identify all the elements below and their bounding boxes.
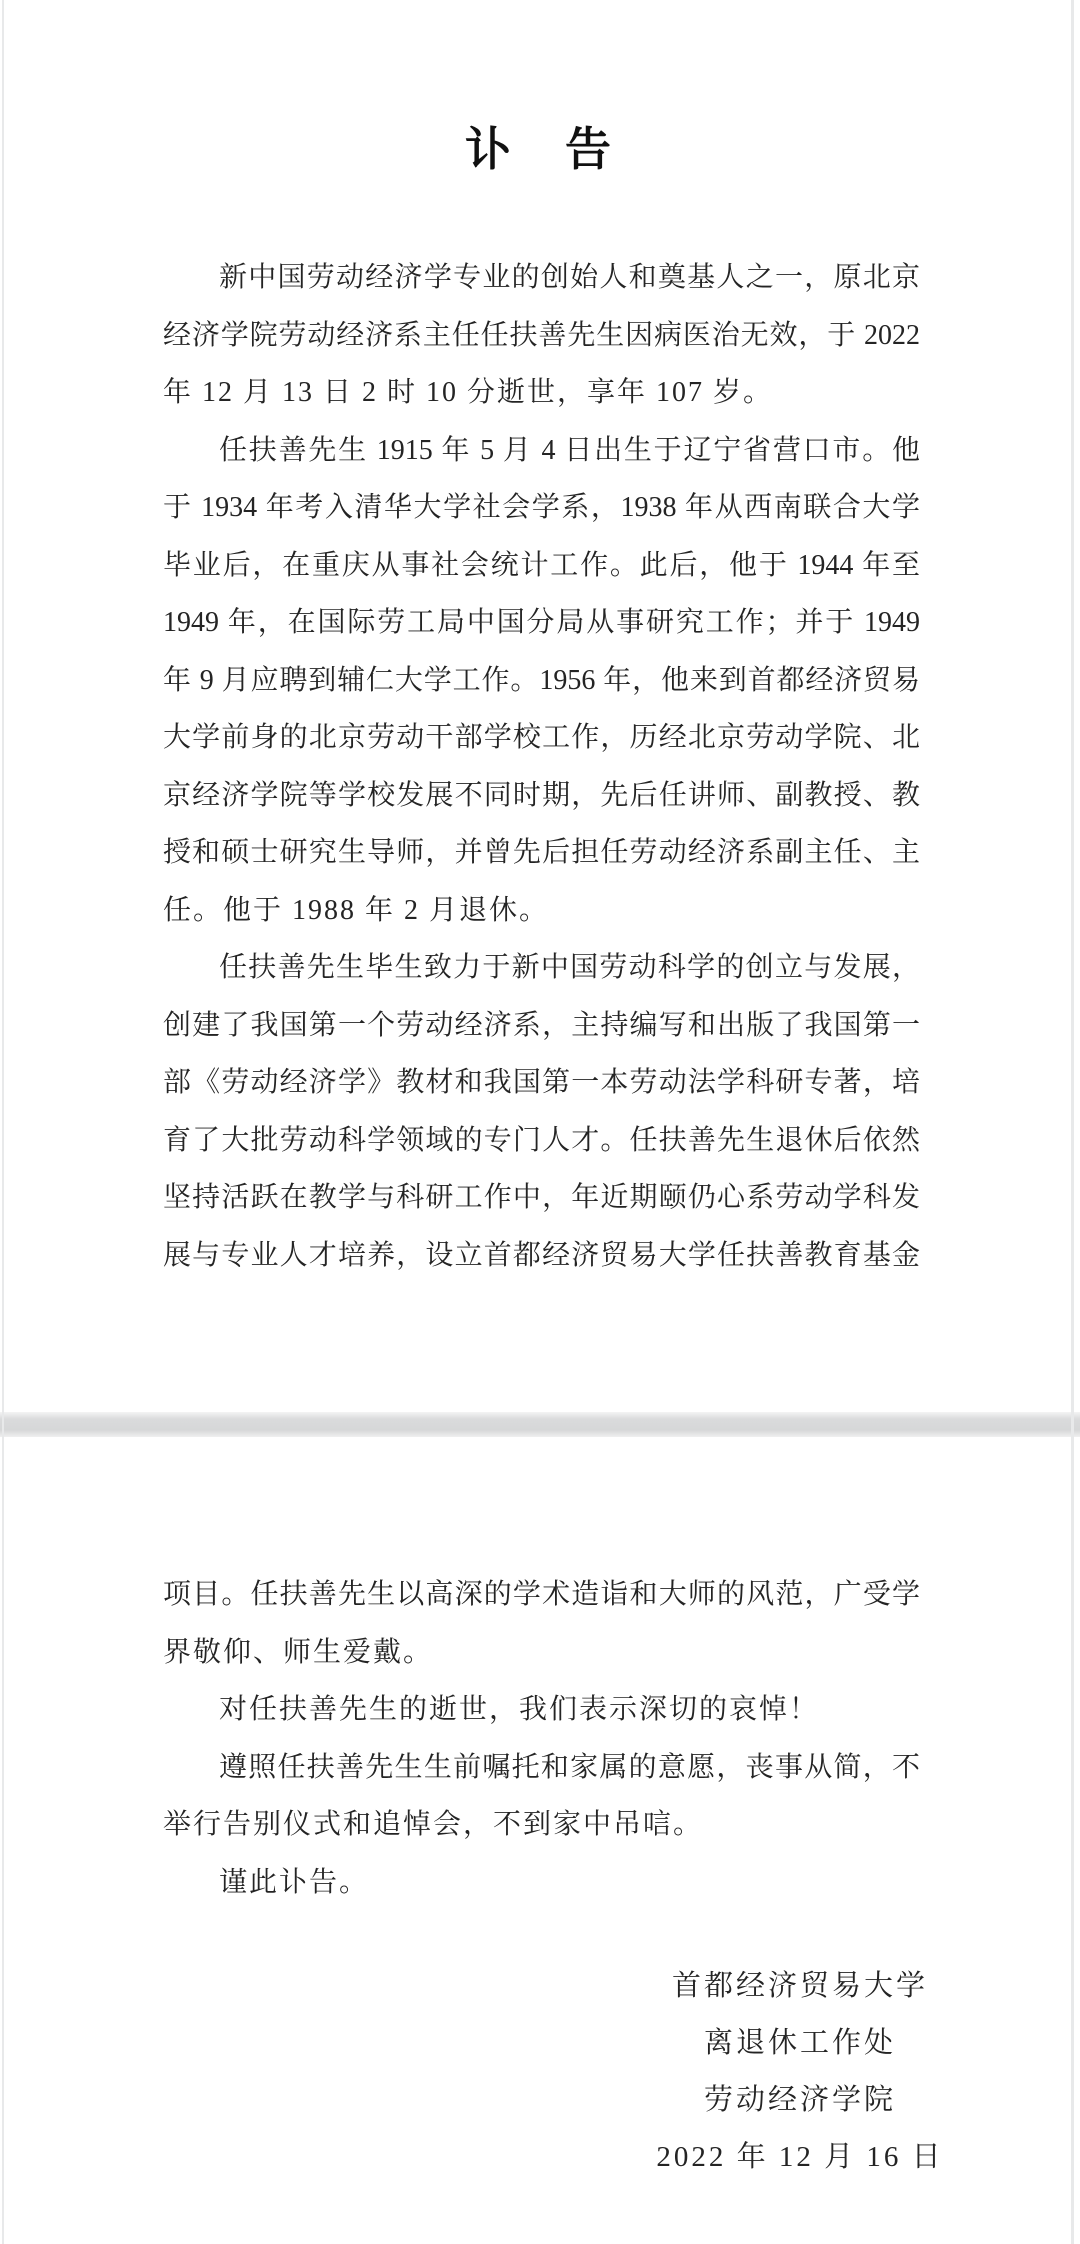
text-line: 经济学院劳动经济系主任任扶善先生因病医治无效，于 2022 — [163, 307, 920, 365]
text-line: 任扶善先生毕生致力于新中国劳动科学的创立与发展， — [163, 939, 920, 997]
text-line: 1949 年，在国际劳工局中国分局从事研究工作；并于 1949 — [163, 594, 920, 652]
body-text-page-2: 项目。任扶善先生以高深的学术造诣和大师的风范，广受学界敬仰、师生爱戴。对任扶善先… — [163, 1566, 920, 1911]
text-line: 谨此讣告。 — [163, 1854, 920, 1912]
page-1: 讣 告 新中国劳动经济学专业的创始人和奠基人之一，原北京经济学院劳动经济系主任任… — [0, 0, 1080, 1412]
text-line: 展与专业人才培养，设立首都经济贸易大学任扶善教育基金 — [163, 1227, 920, 1285]
text-line: 对任扶善先生的逝世，我们表示深切的哀悼！ — [163, 1681, 920, 1739]
page-edge-left — [2, 0, 4, 2244]
text-line: 年 9 月应聘到辅仁大学工作。1956 年，他来到首都经济贸易 — [163, 652, 920, 710]
text-line: 界敬仰、师生爱戴。 — [163, 1624, 920, 1682]
body-text-page-1: 新中国劳动经济学专业的创始人和奠基人之一，原北京经济学院劳动经济系主任任扶善先生… — [163, 249, 920, 1284]
text-line: 于 1934 年考入清华大学社会学系，1938 年从西南联合大学 — [163, 479, 920, 537]
page-gap-divider — [0, 1412, 1080, 1437]
text-line: 任。他于 1988 年 2 月退休。 — [163, 882, 920, 940]
text-line: 项目。任扶善先生以高深的学术造诣和大师的风范，广受学 — [163, 1566, 920, 1624]
text-line: 育了大批劳动科学领域的专门人才。任扶善先生退休后依然 — [163, 1112, 920, 1170]
signature-school: 劳动经济学院 — [620, 2072, 980, 2129]
text-line: 遵照任扶善先生生前嘱托和家属的意愿，丧事从简，不 — [163, 1739, 920, 1797]
signature-date: 2022 年 12 月 16 日 — [620, 2129, 980, 2186]
text-line: 创建了我国第一个劳动经济系，主持编写和出版了我国第一 — [163, 997, 920, 1055]
page-edge-right — [1071, 0, 1074, 2244]
text-line: 京经济学院等学校发展不同时期，先后任讲师、副教授、教 — [163, 767, 920, 825]
text-line: 年 12 月 13 日 2 时 10 分逝世，享年 107 岁。 — [163, 364, 920, 422]
document-viewer: 讣 告 新中国劳动经济学专业的创始人和奠基人之一，原北京经济学院劳动经济系主任任… — [0, 0, 1080, 2244]
document-title: 讣 告 — [0, 122, 1080, 178]
signature-university: 首都经济贸易大学 — [620, 1958, 980, 2015]
signature-retirement-office: 离退休工作处 — [620, 2015, 980, 2072]
text-line: 坚持活跃在教学与科研工作中，年近期颐仍心系劳动学科发 — [163, 1169, 920, 1227]
text-line: 新中国劳动经济学专业的创始人和奠基人之一，原北京 — [163, 249, 920, 307]
text-line: 任扶善先生 1915 年 5 月 4 日出生于辽宁省营口市。他 — [163, 422, 920, 480]
signature-block: 首都经济贸易大学 离退休工作处 劳动经济学院 2022 年 12 月 16 日 — [620, 1958, 980, 2186]
text-line: 大学前身的北京劳动干部学校工作，历经北京劳动学院、北 — [163, 709, 920, 767]
text-line: 举行告别仪式和追悼会，不到家中吊唁。 — [163, 1796, 920, 1854]
text-line: 部《劳动经济学》教材和我国第一本劳动法学科研专著，培 — [163, 1054, 920, 1112]
text-line: 毕业后，在重庆从事社会统计工作。此后，他于 1944 年至 — [163, 537, 920, 595]
text-line: 授和硕士研究生导师，并曾先后担任劳动经济系副主任、主 — [163, 824, 920, 882]
